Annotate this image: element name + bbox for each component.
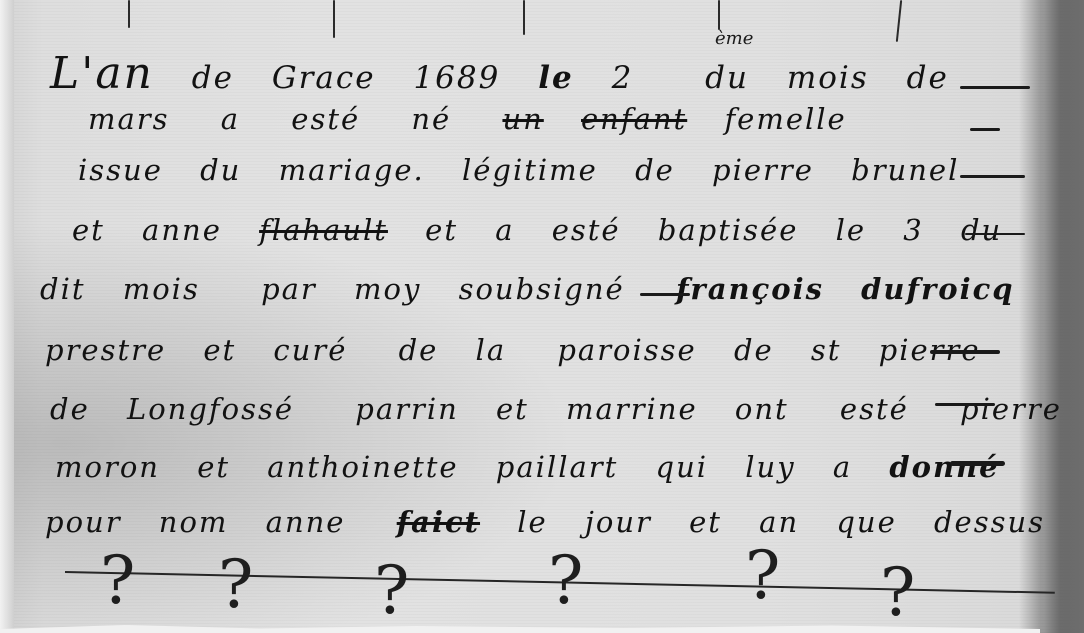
line-filler [965,233,1025,235]
word: mariage. [279,153,425,187]
word: du [961,213,1002,247]
word: 1689 [413,60,500,96]
word: de [50,392,90,426]
text-line-7: de Longfossé parrin et marrine ont esté … [50,392,1084,426]
word: esté [840,392,909,426]
word: brunel [851,153,959,187]
word: de [635,153,675,187]
word: flahault [259,213,388,247]
word: baptisée [658,213,799,247]
word: esté [552,213,621,247]
word: st [811,333,842,367]
text-line-6: prestre et curé de la paroisse de st pie… [45,333,1007,367]
word: jour [585,505,652,539]
word: marrine [566,392,698,426]
word: et [496,392,529,426]
word: et [425,213,458,247]
word: anne [142,213,222,247]
word: mars [88,102,170,136]
word: mois [787,60,869,96]
line-filler [970,128,1000,131]
word: faict [397,505,480,539]
ink-stroke [333,0,335,38]
word: 2 [612,60,634,96]
word: que [836,505,896,539]
word: prestre [45,333,166,367]
signature-mark: ? [100,548,135,614]
text-line-3: issue du mariage. légitime de pierre bru… [78,153,985,187]
word: de [192,60,234,96]
word: le [517,505,547,539]
word: de [907,60,949,96]
word: anthoinette [267,450,458,484]
text-line-2: mars a esté né un enfant femelle [88,102,873,136]
word: L'an [50,48,154,99]
word: nom [159,505,229,539]
word: anne [266,505,346,539]
ink-stroke [128,0,130,28]
signature-mark: ? [548,548,583,614]
word: Grace [272,60,376,96]
text-line-9: pour nom anne faict le jour et an que de… [45,505,1071,539]
word: ont [735,392,789,426]
word: moron [55,450,160,484]
word: esté [291,102,360,136]
paper-left-edge [0,0,14,633]
word: né [411,102,451,136]
word: dessus [934,505,1045,539]
word: parrin [355,392,459,426]
word: un [502,102,543,136]
name-underline [640,293,690,296]
line-filler [935,403,995,406]
signature-mark: ? [745,543,780,609]
word: et [72,213,105,247]
text-line-5: dit mois par moy soubsigné françois dufr… [40,272,1041,306]
signature-mark: ? [218,552,253,618]
word: pierre [712,153,814,187]
word: du [200,153,241,187]
word: et [203,333,236,367]
text-line-8: moron et anthoinette paillart qui luy a … [55,450,1026,484]
word: dit [40,272,86,306]
ink-stroke [523,0,525,35]
line-filler [950,461,1005,466]
word: dufroicq [861,272,1014,306]
word: pour [45,505,122,539]
word: mois [123,272,200,306]
word: et [197,450,230,484]
signature-mark: ? [374,558,409,624]
word: de [734,333,774,367]
word: qui [656,450,709,484]
word: a [221,102,240,136]
word: paroisse [557,333,696,367]
line-filler [960,175,1025,178]
word: par [261,272,317,306]
text-line-1: L'an de Grace 1689 le 2 du mois de [50,48,975,99]
word: françois [676,272,824,306]
word: a [833,450,852,484]
line-filler [960,86,1030,89]
line-filler [930,350,1000,354]
word: curé [273,333,347,367]
word: donné [889,450,999,484]
signature-mark: ? [880,560,915,626]
word: soubsigné [459,272,625,306]
word: issue [78,153,163,187]
word: le [538,60,574,96]
word: la [476,333,507,367]
ink-stroke [896,0,902,42]
word: femelle [724,102,846,136]
ink-stroke [718,0,720,30]
word: Longfossé [127,392,294,426]
word: et [689,505,722,539]
word: a [495,213,514,247]
word: de [399,333,439,367]
word: moy [354,272,421,306]
superscript-eme: ème [715,28,753,49]
word: le [836,213,866,247]
word: du [705,60,749,96]
text-line-4: et anne flahault et a esté baptisée le 3… [72,213,1028,247]
document-scan: ème L'an de Grace 1689 le 2 du mois de m… [0,0,1084,633]
word: luy [745,450,795,484]
word: enfant [581,102,687,136]
word: paillart [496,450,618,484]
word: pierre [960,392,1062,426]
word: an [759,505,799,539]
word: légitime [462,153,598,187]
word: 3 [903,213,923,247]
